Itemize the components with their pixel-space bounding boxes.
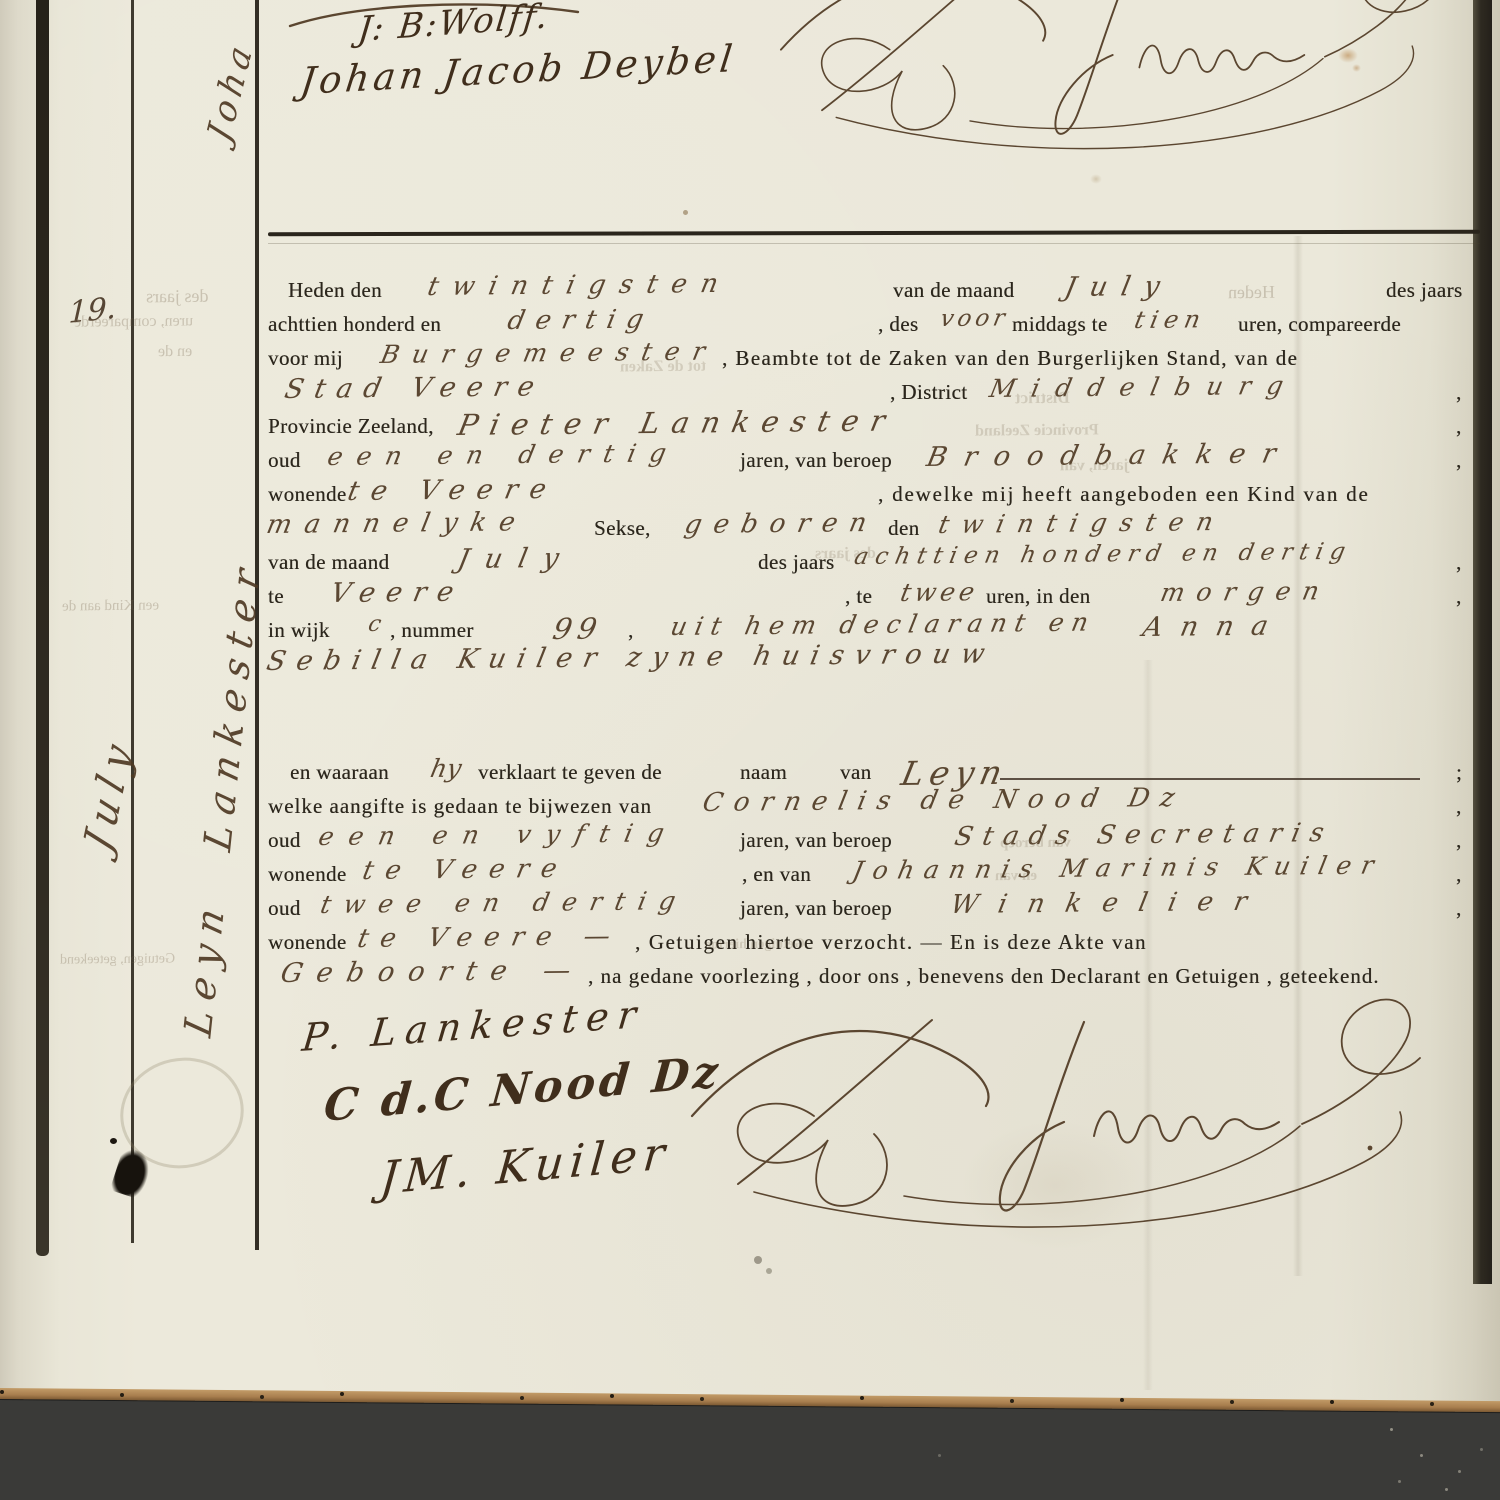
handwritten-text: July <box>1062 271 1177 303</box>
printed-text: in wijk <box>268 618 330 643</box>
handwritten-text: dertig <box>505 304 657 336</box>
printed-text: , <box>1456 380 1462 405</box>
act-separator <box>268 230 1480 237</box>
scanner-bed-speckles <box>1390 1428 1393 1431</box>
printed-text: oud <box>268 448 301 473</box>
bleedthrough-text: Provincie Zeeland <box>975 421 1099 440</box>
printed-text: jaren, van beroep <box>740 896 892 921</box>
handwritten-text: tien <box>1132 305 1209 334</box>
binding-bar <box>36 0 49 1256</box>
printed-text: , <box>1456 862 1462 887</box>
printed-text: van <box>840 760 872 785</box>
handwritten-text: Geboorte — <box>278 955 588 989</box>
printed-text: , <box>1456 828 1462 853</box>
printed-text: , nummer <box>390 618 474 643</box>
printed-text: , te <box>845 584 872 609</box>
page-edge-speckles <box>0 1390 4 1394</box>
handwritten-text: morgen <box>1158 576 1334 607</box>
printed-text: jaren, van beroep <box>740 448 892 473</box>
printed-text: , <box>628 618 634 643</box>
handwritten-text: twintigsten <box>425 269 735 302</box>
printed-text: , Beambte tot de Zaken van den Burgerlij… <box>722 346 1298 371</box>
printed-text: voor mij <box>268 346 343 371</box>
handwritten-text: Stad Veere <box>282 371 548 405</box>
act-separator-echo <box>268 243 1480 244</box>
printed-text: van de maand <box>268 550 389 575</box>
printed-text: , des <box>878 312 919 337</box>
handwritten-text: hy <box>428 754 464 783</box>
handwritten-text: Sebilla Kuiler zyne huisvrouw <box>264 638 999 677</box>
handwritten-text: twee <box>898 577 981 607</box>
printed-text: naam <box>740 760 787 785</box>
handwritten-text: Cornelis de Nood Dz <box>700 783 1188 818</box>
printed-text: , en van <box>742 862 811 887</box>
printed-text: , <box>1456 794 1462 819</box>
paper-stain <box>683 210 688 215</box>
handwritten-text: c <box>366 612 383 637</box>
bleedthrough-text: des jaars <box>146 286 209 308</box>
handwritten-text: mannelyke <box>264 507 531 540</box>
printed-text: uren, in den <box>986 584 1091 609</box>
margin-rule-1 <box>131 0 134 1243</box>
handwritten-text: Anna <box>1140 611 1289 643</box>
printed-text: , <box>1456 584 1462 609</box>
handwritten-text: twintigsten <box>936 507 1229 539</box>
printed-text: oud <box>268 828 301 853</box>
witness-signature: J: B:Wolff. <box>356 0 551 50</box>
printed-text: , District <box>890 380 968 405</box>
printed-text: , <box>1456 896 1462 921</box>
paper-stain <box>766 1268 772 1274</box>
handwritten-text: Johannis Marinis Kuiler <box>850 850 1386 885</box>
printed-text: Provincie Zeeland, <box>268 414 434 439</box>
bleedthrough-text: tot de Zaken <box>620 358 706 377</box>
bleedthrough-text: jaren, van <box>1060 457 1129 476</box>
bleedthrough-text: en van <box>995 868 1037 885</box>
printed-text: , <box>1456 550 1462 575</box>
handwritten-text: te Veere — <box>355 921 625 954</box>
margin-top-name-fragment: Joha <box>200 35 262 147</box>
handwritten-text: geboren <box>682 508 881 540</box>
page: 19. July Leyn Lankester Joha <box>0 0 1500 1406</box>
scanner-background: 19. July Leyn Lankester Joha <box>0 0 1500 1500</box>
printed-text: den <box>888 516 920 541</box>
printed-text: , <box>1456 414 1462 439</box>
handwritten-text: July <box>455 543 578 575</box>
bleedthrough-text: des jaars <box>815 545 876 564</box>
handwritten-text: Veere <box>328 577 467 609</box>
printed-text: wonende <box>268 862 347 887</box>
printed-text: , na gedane voorlezing , door ons , bene… <box>588 964 1379 989</box>
handwritten-text: uit hem declarant en <box>668 608 1099 641</box>
name-rule <box>1000 778 1420 780</box>
printed-text: jaren, van beroep <box>740 828 892 853</box>
handwritten-text: twee en dertig <box>318 886 691 919</box>
ink-blot <box>110 1146 155 1200</box>
paper-stain <box>1352 64 1361 72</box>
printed-text: ; <box>1456 760 1462 785</box>
paper-stain <box>960 1120 1150 1250</box>
handwritten-text: te Veere <box>360 854 572 886</box>
handwritten-text: Winkelier <box>948 887 1271 920</box>
witness-signature: P. Lankester <box>300 992 647 1060</box>
bleedthrough-text: en de <box>158 343 192 361</box>
bleedthrough-text: een Kind aan de <box>62 597 159 615</box>
handwritten-text: een en vyftig <box>316 818 682 851</box>
ink-speck <box>110 1138 117 1144</box>
printed-text: des jaars <box>1386 278 1463 303</box>
printed-text: middags te <box>1012 312 1108 337</box>
paper-stain <box>754 1256 762 1264</box>
printed-text: verklaart te geven de <box>478 760 662 785</box>
handwritten-text: Pieter Lankester <box>455 403 900 442</box>
bleedthrough-text: van beroep <box>1000 835 1071 853</box>
paper-stain <box>1090 174 1102 184</box>
printed-text: Heden den <box>288 278 382 303</box>
printed-text: en waaraan <box>290 760 389 785</box>
bleedthrough-text: uren, compareerde <box>74 312 193 331</box>
printed-text: van de maand <box>893 278 1014 303</box>
bleedthrough-text: Getuigen, geteekend <box>60 951 175 968</box>
printed-text: uren, compareerde <box>1238 312 1401 337</box>
bleedthrough-text: Getuigen hiertoe <box>705 936 805 953</box>
paper-stain <box>1338 48 1358 63</box>
printed-text: wonende <box>268 482 347 507</box>
bleedthrough-text: Heden <box>1228 282 1275 303</box>
printed-text: wonende <box>268 930 347 955</box>
handwritten-text: voor <box>938 305 1011 332</box>
printed-text: , <box>1456 448 1462 473</box>
handwritten-text: achttien honderd en dertig <box>852 539 1355 570</box>
bleedthrough-text: District <box>1015 388 1070 409</box>
printed-text: welke aangifte is gedaan te bijwezen van <box>268 794 652 819</box>
handwritten-text: te Veere <box>345 474 561 507</box>
printed-text: , dewelke mij heeft aangeboden een Kind … <box>878 482 1370 507</box>
printed-text: Sekse, <box>594 516 651 541</box>
handwritten-text: 99 <box>550 611 606 646</box>
witness-signature: JM. Kuiler <box>378 1126 673 1205</box>
printed-text: oud <box>268 896 301 921</box>
official-signature-flourish <box>756 0 1496 188</box>
printed-text: achttien honderd en <box>268 312 441 337</box>
handwritten-text: een en dertig <box>325 438 683 471</box>
printed-text: te <box>268 584 284 609</box>
